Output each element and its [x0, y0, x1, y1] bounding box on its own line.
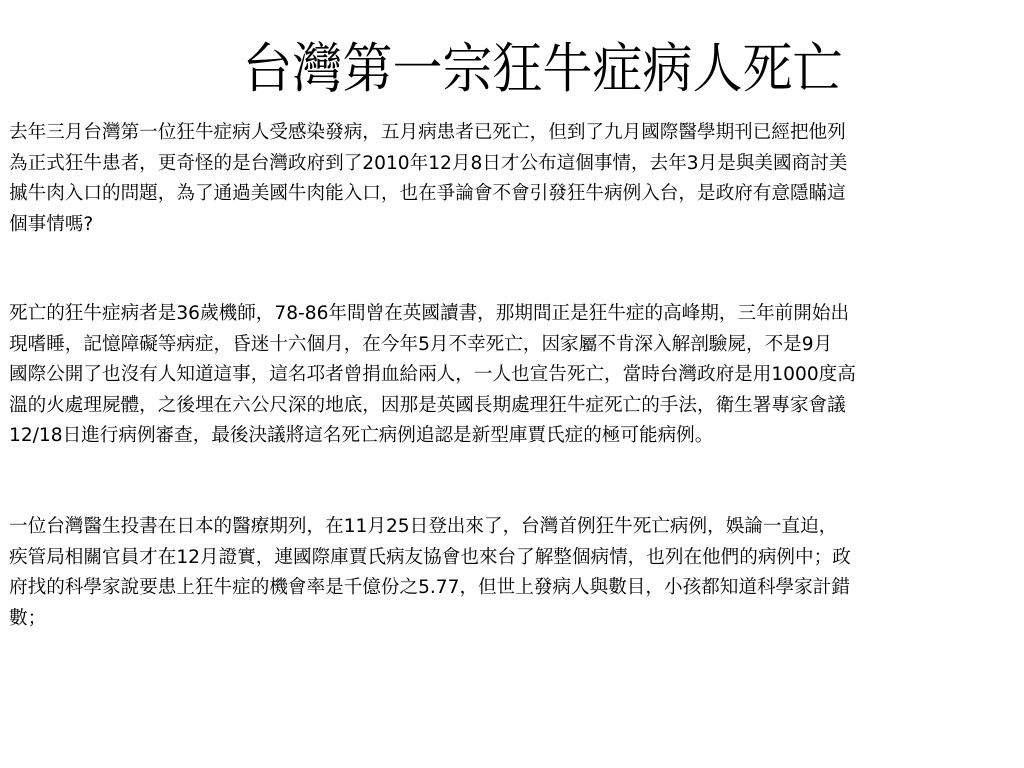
paragraph-3-line-4: 數； [9, 604, 1009, 635]
paragraph-2: 死亡的狂牛症病者是36歲機師，78-86年間曾在英國讀書，那期間正是狂牛症的高峰… [9, 299, 1009, 452]
slide: 台灣第一宗狂牛症病人死亡 去年三月台灣第一位狂牛症病人受感染發病，五月病患者已死… [0, 0, 1024, 768]
paragraph-1-line-1: 去年三月台灣第一位狂牛症病人受感染發病，五月病患者已死亡，但到了九月國際醫學期刊… [9, 118, 1009, 149]
paragraph-2-line-3: 國際公開了也沒有人知道這事，這名邛者曾捐血給兩人，一人也宣告死亡，當時台灣政府是… [9, 360, 1009, 391]
paragraph-3: 一位台灣醫生投書在日本的醫療期列，在11月25日登出來了，台灣首例狂牛死亡病例，… [9, 512, 1009, 634]
paragraph-2-line-1: 死亡的狂牛症病者是36歲機師，78-86年間曾在英國讀書，那期間正是狂牛症的高峰… [9, 299, 1009, 330]
paragraph-2-line-4: 溫的火處理屍體，之後埋在六公尺深的地底，因那是英國長期處理狂牛症死亡的手法，衛生… [9, 391, 1009, 422]
paragraph-3-line-2: 疾管局相關官員才在12月證實，連國際庫賈氏病友協會也來台了解整個病情，也列在他們… [9, 543, 1009, 574]
paragraph-1-line-2: 為正式狂牛患者，更奇怪的是台灣政府到了2010年12月8日才公布這個事情，去年3… [9, 149, 1009, 180]
paragraph-2-line-5: 12/18日進行病例審查，最後決議將這名死亡病例追認是新型庫賈氏症的極可能病例。 [9, 421, 1009, 452]
paragraph-2-line-2: 現嗜睡，記憶障礙等病症，昏迷十六個月，在今年5月不幸死亡，因家屬不肯深入解剖驗屍… [9, 330, 1009, 361]
paragraph-1-line-4: 個事情嗎? [9, 210, 1009, 241]
paragraph-1-line-3: 摵牛肉入口的問題，為了通過美國牛肉能入口，也在爭論會不會引發狂牛病例入台，是政府… [9, 179, 1009, 210]
paragraph-3-line-3: 府找的科學家說要患上狂牛症的機會率是千億份之5.77，但世上發病人與數目，小孩都… [9, 573, 1009, 604]
paragraph-1: 去年三月台灣第一位狂牛症病人受感染發病，五月病患者已死亡，但到了九月國際醫學期刊… [9, 118, 1009, 240]
paragraph-3-line-1: 一位台灣醫生投書在日本的醫療期列，在11月25日登出來了，台灣首例狂牛死亡病例，… [9, 512, 1009, 543]
slide-title: 台灣第一宗狂牛症病人死亡 [0, 34, 1024, 103]
